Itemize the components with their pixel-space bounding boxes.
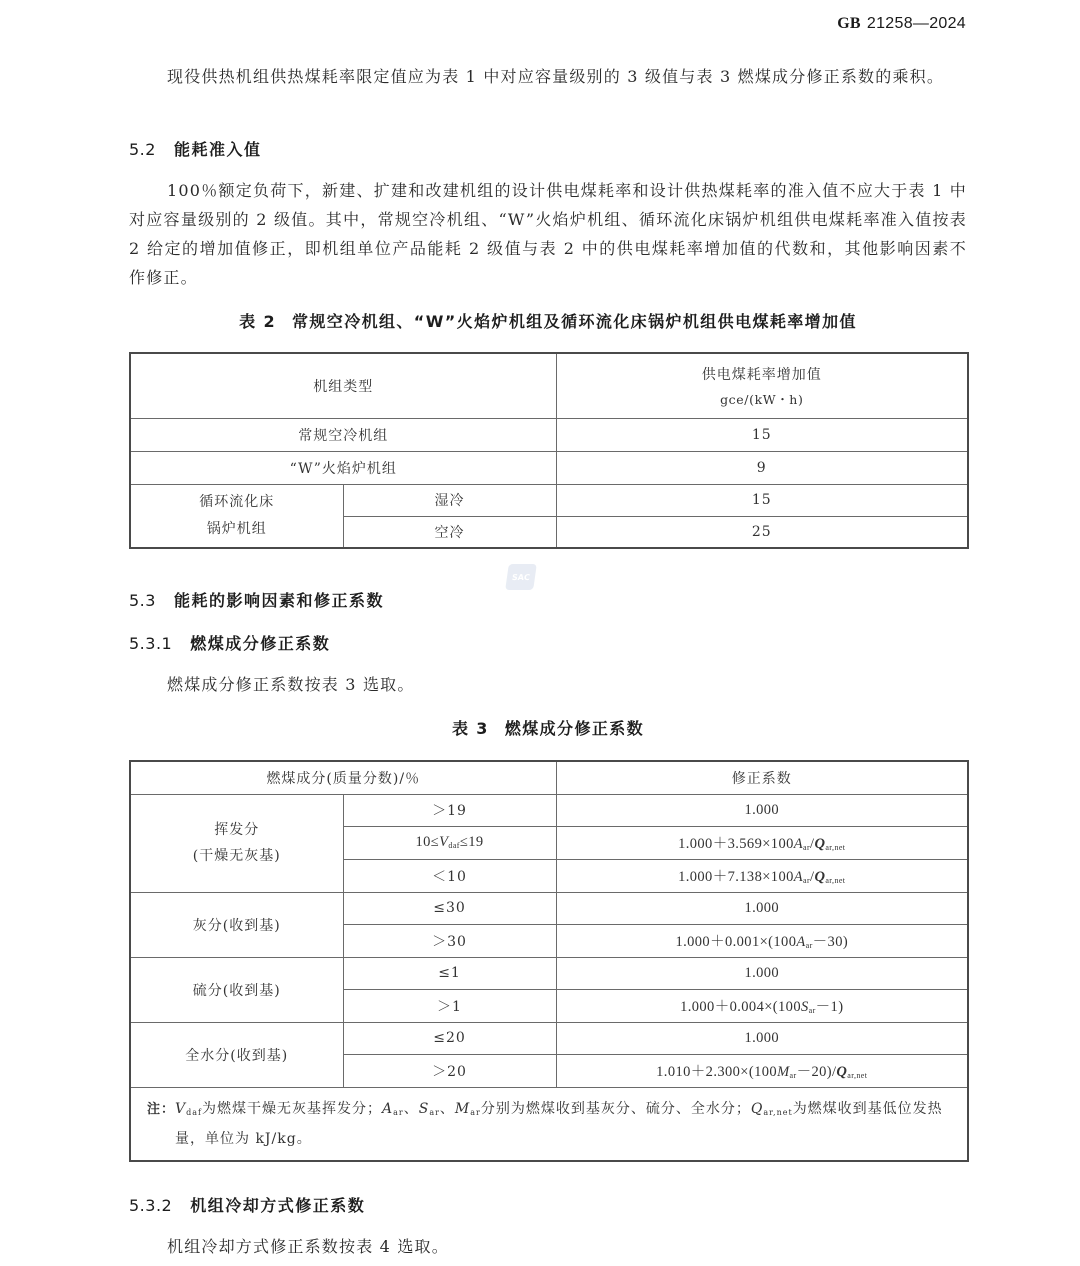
condition-cell: ＞20 xyxy=(343,1054,556,1087)
variable: M xyxy=(777,1064,789,1080)
subscript: daf xyxy=(186,1108,202,1117)
section-number: 5.3.1 xyxy=(129,634,172,653)
variable: A xyxy=(794,836,803,852)
value-cell: 25 xyxy=(556,516,968,548)
unit-type-cell: “W”火焰炉机组 xyxy=(130,451,556,484)
condition-cell: ＞19 xyxy=(343,794,556,826)
subscript: ar,net xyxy=(825,843,845,852)
text: 1.000＋0.004×(100 xyxy=(680,999,801,1015)
table-row: 全水分(收到基) ≤20 1.000 xyxy=(130,1022,968,1054)
header-cell: 修正系数 xyxy=(556,761,968,794)
condition-cell: ＜10 xyxy=(343,859,556,892)
section-number: 5.3 xyxy=(129,591,156,610)
group-label-cell: 灰分(收到基) xyxy=(130,892,343,957)
variable: A xyxy=(794,869,803,885)
text: 10≤ xyxy=(415,834,439,850)
table-number: 表 3 xyxy=(452,719,489,738)
section-title: 能耗的影响因素和修正系数 xyxy=(174,591,384,610)
group-label-cell: 硫分(收到基) xyxy=(130,957,343,1022)
text: 、 xyxy=(404,1101,419,1117)
section-5-3-heading: 5.3能耗的影响因素和修正系数 xyxy=(129,588,384,611)
table-row: 灰分(收到基) ≤30 1.000 xyxy=(130,892,968,924)
coefficient-cell: 1.000＋3.569×100Aar/Qar,net xyxy=(556,826,968,859)
coefficient-cell: 1.000 xyxy=(556,957,968,989)
section-number: 5.3.2 xyxy=(129,1196,172,1215)
variable: A xyxy=(382,1101,393,1117)
subscript: ar xyxy=(790,1071,797,1080)
coefficient-cell: 1.000 xyxy=(556,794,968,826)
text: 1.000＋7.138×100 xyxy=(678,869,794,885)
group-label-cell: 全水分(收到基) xyxy=(130,1022,343,1087)
group-label-line: 挥发分 xyxy=(214,822,259,838)
section-5-3-2-heading: 5.3.2机组冷却方式修正系数 xyxy=(129,1193,365,1216)
subscript: ar xyxy=(470,1108,481,1117)
text: 为燃煤干燥无灰基挥发分； xyxy=(202,1101,382,1117)
subscript: ar xyxy=(393,1108,404,1117)
standard-number-value: 21258—2024 xyxy=(867,15,966,32)
cooling-type-cell: 空冷 xyxy=(343,516,556,548)
condition-cell: ＞30 xyxy=(343,924,556,957)
section-5-2-paragraph: 100％额定负荷下，新建、扩建和改建机组的设计供电煤耗率和设计供热煤耗率的准入值… xyxy=(129,176,967,292)
standard-prefix: GB xyxy=(837,15,861,32)
group-label-cell: 循环流化床 锅炉机组 xyxy=(130,484,343,548)
variable: S xyxy=(419,1101,430,1117)
value-cell: 15 xyxy=(556,418,968,451)
group-label-line: 循环流化床 xyxy=(199,494,274,510)
table2-caption: 表 2常规空冷机组、“W”火焰炉机组及循环流化床锅炉机组供电煤耗率增加值 xyxy=(129,309,967,332)
text: 1.000＋3.569×100 xyxy=(678,836,794,852)
coefficient-cell: 1.000 xyxy=(556,892,968,924)
table-note-row: 注：Vdaf为燃煤干燥无灰基挥发分；Aar、Sar、Mar分别为燃煤收到基灰分、… xyxy=(130,1087,968,1161)
table-title: 燃煤成分修正系数 xyxy=(505,719,644,738)
variable: V xyxy=(175,1101,186,1117)
variable: Q xyxy=(751,1101,763,1117)
table3-caption: 表 3燃煤成分修正系数 xyxy=(129,716,967,739)
table3: 燃煤成分(质量分数)/％ 修正系数 挥发分 (干燥无灰基) ＞19 1.000 … xyxy=(129,760,969,1162)
table-header-row: 燃煤成分(质量分数)/％ 修正系数 xyxy=(130,761,968,794)
group-label-cell: 挥发分 (干燥无灰基) xyxy=(130,794,343,892)
variable: M xyxy=(455,1101,470,1117)
header-cell: 燃煤成分(质量分数)/％ xyxy=(130,761,556,794)
table-header-row: 机组类型 供电煤耗率增加值 gce/(kW・h) xyxy=(130,353,968,418)
text: －20)/ xyxy=(797,1064,837,1080)
table-row: 挥发分 (干燥无灰基) ＞19 1.000 xyxy=(130,794,968,826)
variable: Q xyxy=(836,1064,847,1080)
condition-cell: ≤1 xyxy=(343,957,556,989)
subscript: ar,net xyxy=(847,1071,867,1080)
table-row: 常规空冷机组 15 xyxy=(130,418,968,451)
intro-paragraph: 现役供热机组供热煤耗率限定值应为表 1 中对应容量级别的 3 级值与表 3 燃煤… xyxy=(129,62,967,91)
section-title: 能耗准入值 xyxy=(174,140,262,159)
condition-cell: ≤30 xyxy=(343,892,556,924)
coefficient-cell: 1.000 xyxy=(556,1022,968,1054)
value-cell: 9 xyxy=(556,451,968,484)
subscript: ar xyxy=(803,876,810,885)
subscript: ar,net xyxy=(763,1108,792,1117)
unit-type-cell: 常规空冷机组 xyxy=(130,418,556,451)
group-label-line: (干燥无灰基) xyxy=(193,848,281,864)
variable: Q xyxy=(814,836,825,852)
header-label: 供电煤耗率增加值 xyxy=(702,367,822,383)
text: 、 xyxy=(440,1101,455,1117)
section-5-3-1-paragraph: 燃煤成分修正系数按表 3 选取。 xyxy=(129,670,967,699)
sac-watermark-logo: SAC xyxy=(505,564,537,590)
coefficient-cell: 1.010＋2.300×(100Mar－20)/Qar,net xyxy=(556,1054,968,1087)
subscript: ar,net xyxy=(825,876,845,885)
header-cell: 机组类型 xyxy=(130,353,556,418)
cooling-type-cell: 湿冷 xyxy=(343,484,556,516)
group-label-line: 锅炉机组 xyxy=(207,521,267,537)
coefficient-cell: 1.000＋7.138×100Aar/Qar,net xyxy=(556,859,968,892)
table-title: 常规空冷机组、“W”火焰炉机组及循环流化床锅炉机组供电煤耗率增加值 xyxy=(292,312,857,331)
note-label: 注： xyxy=(147,1102,175,1117)
subscript: ar xyxy=(809,1006,816,1015)
standard-number: GB21258—2024 xyxy=(837,15,966,33)
table2: 机组类型 供电煤耗率增加值 gce/(kW・h) 常规空冷机组 15 “W”火焰… xyxy=(129,352,969,549)
condition-cell: ＞1 xyxy=(343,989,556,1022)
table-row: 硫分(收到基) ≤1 1.000 xyxy=(130,957,968,989)
coefficient-cell: 1.000＋0.004×(100Sar－1) xyxy=(556,989,968,1022)
subscript: ar xyxy=(806,941,813,950)
condition-cell: 10≤Vdaf≤19 xyxy=(343,826,556,859)
text: －1) xyxy=(816,999,844,1015)
subscript: ar xyxy=(803,843,810,852)
header-unit: gce/(kW・h) xyxy=(557,390,968,408)
table-row: “W”火焰炉机组 9 xyxy=(130,451,968,484)
table-note: 注：Vdaf为燃煤干燥无灰基挥发分；Aar、Sar、Mar分别为燃煤收到基灰分、… xyxy=(130,1087,968,1161)
text: 1.000＋0.001×(100 xyxy=(675,934,796,950)
section-5-3-2-paragraph: 机组冷却方式修正系数按表 4 选取。 xyxy=(129,1232,967,1261)
variable: Q xyxy=(814,869,825,885)
coefficient-cell: 1.000＋0.001×(100Aar－30) xyxy=(556,924,968,957)
subscript: daf xyxy=(448,841,459,850)
section-number: 5.2 xyxy=(129,140,156,159)
header-cell: 供电煤耗率增加值 gce/(kW・h) xyxy=(556,353,968,418)
text: －30) xyxy=(813,934,848,950)
text: 1.010＋2.300×(100 xyxy=(656,1064,777,1080)
table-row: 循环流化床 锅炉机组 湿冷 15 xyxy=(130,484,968,516)
section-title: 燃煤成分修正系数 xyxy=(190,634,330,653)
section-5-2-heading: 5.2能耗准入值 xyxy=(129,137,261,160)
variable: S xyxy=(801,999,809,1015)
value-cell: 15 xyxy=(556,484,968,516)
text: ≤19 xyxy=(460,834,484,850)
condition-cell: ≤20 xyxy=(343,1022,556,1054)
section-5-3-1-heading: 5.3.1燃煤成分修正系数 xyxy=(129,631,330,654)
text: 分别为燃煤收到基灰分、硫分、全水分； xyxy=(481,1101,751,1117)
subscript: ar xyxy=(429,1108,440,1117)
section-title: 机组冷却方式修正系数 xyxy=(190,1196,365,1215)
variable: A xyxy=(796,934,805,950)
table-number: 表 2 xyxy=(239,312,276,331)
